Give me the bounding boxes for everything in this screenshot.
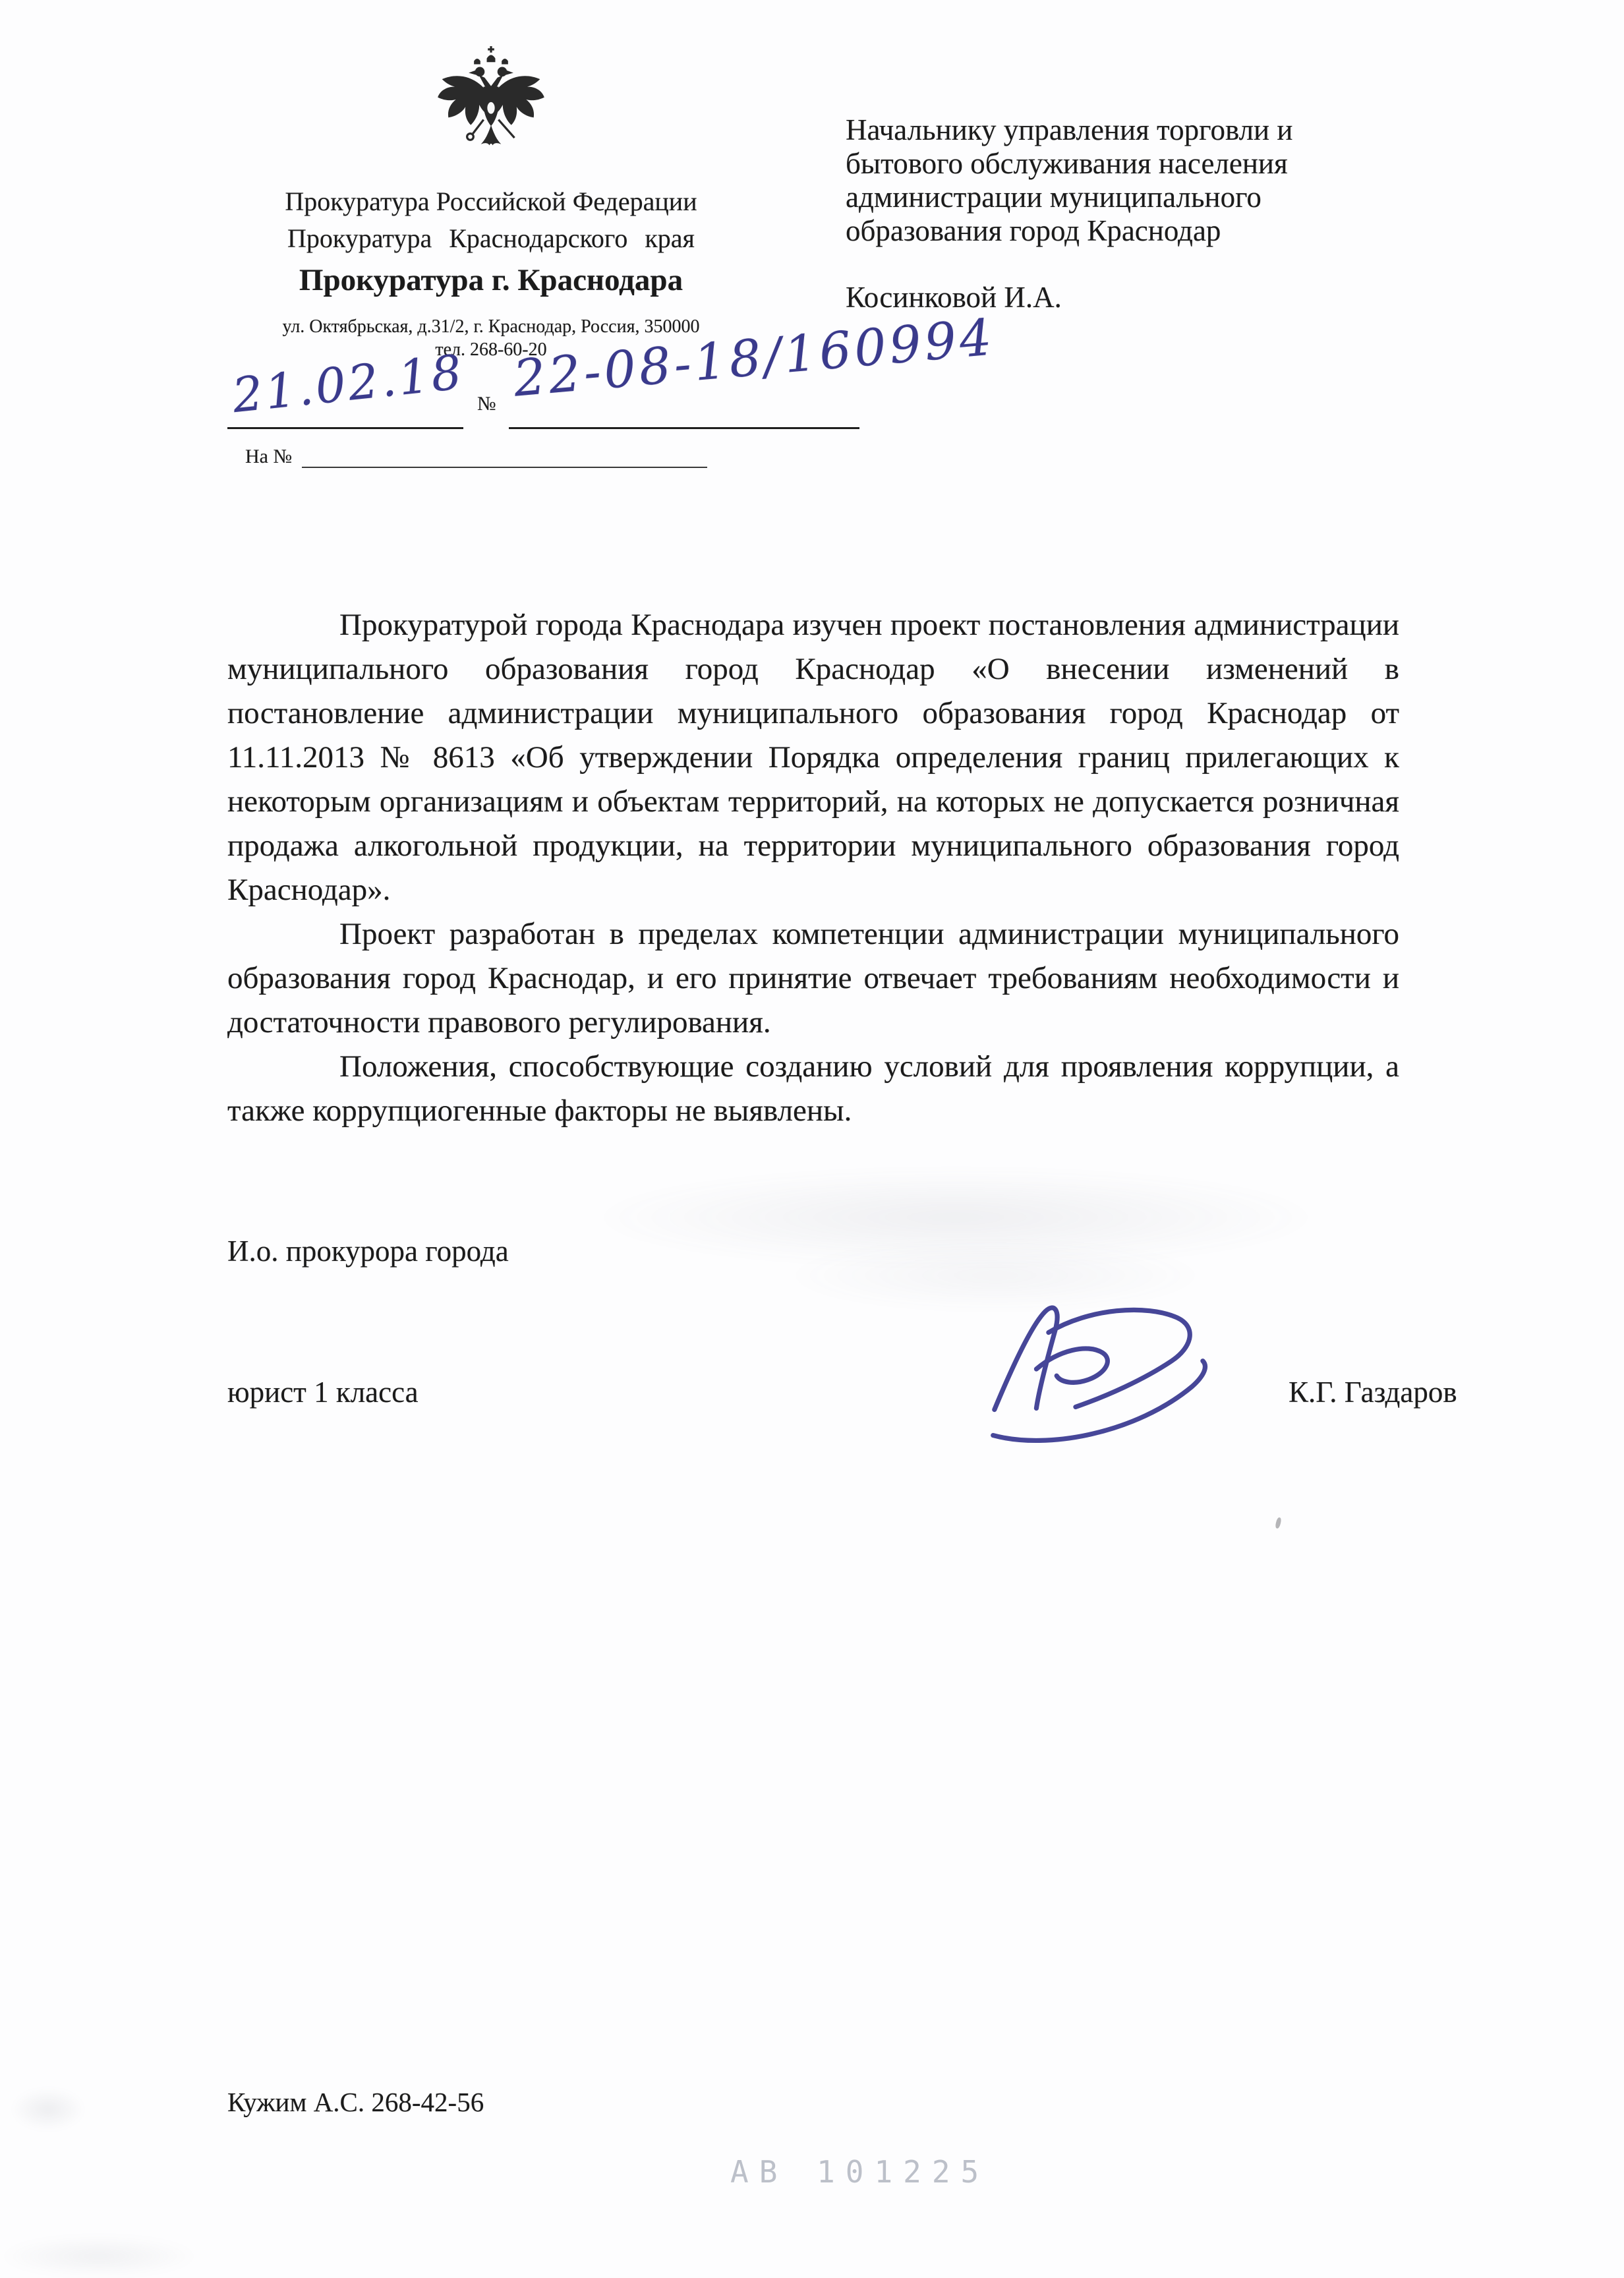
scan-ink-speck bbox=[1275, 1517, 1282, 1529]
recipient-block: Начальнику управления торговли и бытовог… bbox=[846, 113, 1465, 314]
signature-autograph-icon bbox=[974, 1287, 1231, 1451]
letterhead: Прокуратура Российской Федерации Прокура… bbox=[211, 44, 771, 361]
reply-number-underline bbox=[302, 467, 707, 468]
scan-smudge bbox=[12, 2088, 84, 2130]
paragraph: Проект разработан в пределах компетенции… bbox=[227, 912, 1399, 1045]
recipient-line: образования город Краснодар bbox=[846, 214, 1465, 248]
number-underline bbox=[509, 427, 859, 429]
paragraph: Прокуратурой города Краснодара изучен пр… bbox=[227, 603, 1399, 912]
date-underline bbox=[227, 427, 463, 429]
russian-coat-of-arms-icon bbox=[432, 44, 550, 174]
recipient-line: Начальнику управления торговли и bbox=[846, 113, 1465, 147]
signer-title-line1: И.о. прокурора города bbox=[227, 1234, 509, 1268]
org-name-federation: Прокуратура Российской Федерации bbox=[211, 185, 771, 219]
scanned-letter-page: Прокуратура Российской Федерации Прокура… bbox=[0, 0, 1624, 2278]
scan-smudge bbox=[0, 2236, 198, 2277]
scan-bleed-smudge bbox=[580, 1168, 1331, 1267]
signer-name: К.Г. Газдаров bbox=[1289, 1375, 1457, 1409]
executor-contact: Кужим А.С. 268-42-56 bbox=[227, 2086, 484, 2118]
letter-body: Прокуратурой города Краснодара изучен пр… bbox=[227, 603, 1399, 1133]
recipient-line: бытового обслуживания населения bbox=[846, 147, 1465, 181]
recipient-line: администрации муниципального bbox=[846, 181, 1465, 214]
signer-title-line2: юрист 1 класса bbox=[227, 1375, 419, 1409]
paragraph: Положения, способствующие созданию услов… bbox=[227, 1045, 1399, 1133]
recipient-name: Косинковой И.А. bbox=[846, 281, 1465, 314]
form-stamp-number: АВ 101225 bbox=[730, 2154, 989, 2190]
org-name-city: Прокуратура г. Краснодара bbox=[211, 261, 771, 300]
org-name-region: Прокуратура Краснодарского края bbox=[211, 221, 771, 256]
reply-number-label: На № bbox=[245, 446, 292, 468]
number-sign-label: № bbox=[477, 393, 496, 415]
